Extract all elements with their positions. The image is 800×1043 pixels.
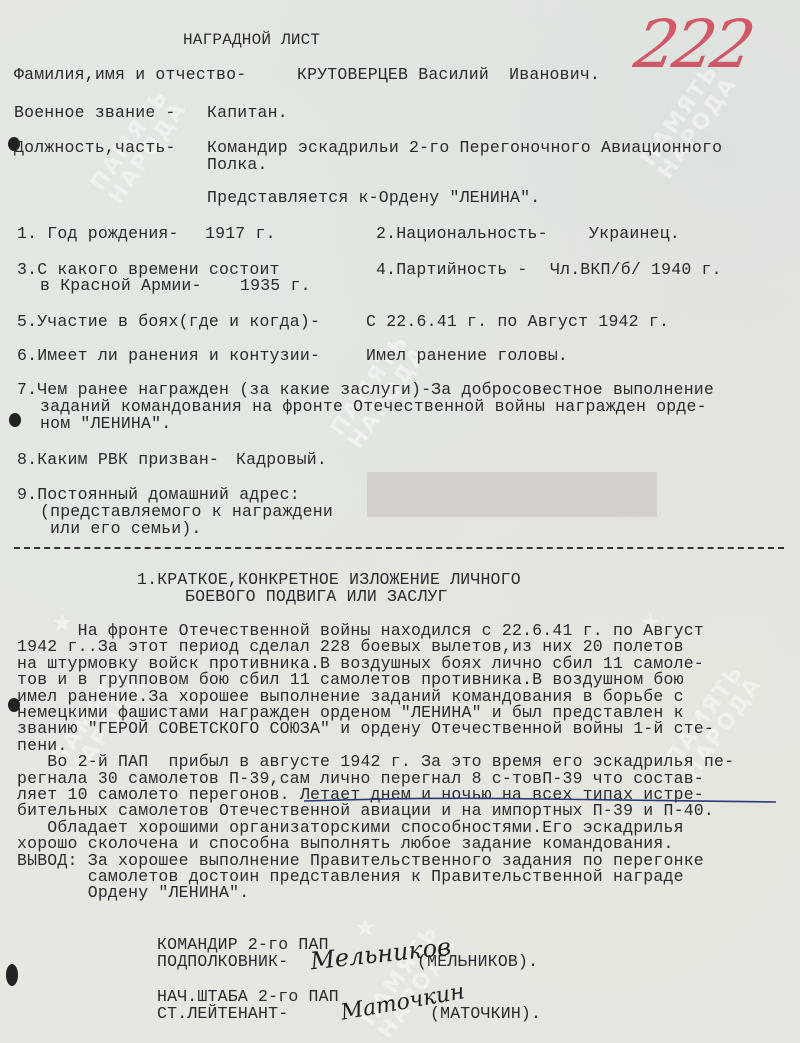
field-5-label: 5.Участие в боях(где и когда)-	[17, 313, 320, 330]
section-heading-line2: БОЕВОГО ПОДВИГА ИЛИ ЗАСЛУГ	[185, 588, 448, 605]
field-8-label: 8.Каким РВК призван-	[17, 451, 219, 468]
commander-rank: ПОДПОЛКОВНИК-	[157, 953, 288, 970]
section-body-line: хорошо сколочена и способна выполнять лю…	[17, 835, 674, 852]
field-3-label-line2: в Красной Армии-	[40, 277, 202, 294]
commander-name: (МЕЛЬНИКОВ).	[417, 953, 538, 970]
field-6-label: 6.Имеет ли ранения и контузии-	[17, 347, 320, 364]
redacted-address-block	[367, 472, 657, 517]
section-body-line: 1942 г..За этот период сделал 228 боевых…	[17, 638, 684, 655]
field-7-line3: ном "ЛЕНИНА".	[40, 415, 171, 432]
rank-value: Капитан.	[207, 104, 288, 121]
name-label: Фамилия,имя и отчество-	[14, 66, 246, 83]
chief-of-staff-name: (МАТОЧКИН).	[430, 1005, 541, 1022]
document-title: НАГРАДНОЙ ЛИСТ	[183, 32, 320, 49]
archive-number-stamp: 222	[629, 6, 757, 83]
field-2-value: Украинец.	[589, 225, 680, 242]
field-1-value: 1917 г.	[205, 225, 276, 242]
field-4-value: Чл.ВКП/б/ 1940 г.	[550, 261, 722, 278]
field-4-label: 4.Партийность -	[376, 261, 528, 278]
commander-title: КОМАНДИР 2-го ПАП	[157, 936, 329, 953]
field-1-label: 1. Год рождения-	[17, 225, 179, 242]
award-sheet-page: ★ ПАМЯТЬ НАРОДА ПАМЯТЬ НАРОДА ПАМЯТЬ НАР…	[0, 0, 800, 1043]
section-body-line: званию "ГЕРОЙ СОВЕТСКОГО СОЮЗА" и ордену…	[17, 720, 714, 737]
ink-underline	[302, 795, 778, 805]
chief-of-staff-title: НАЧ.ШТАБА 2-го ПАП	[157, 988, 339, 1005]
section-body-line: Во 2-й ПАП прибыл в августе 1942 г. За э…	[17, 753, 734, 770]
section-body-line: тов и в групповом бою сбил 11 самолетов …	[17, 671, 684, 688]
chief-of-staff-rank: СТ.ЛЕЙТЕНАНТ-	[157, 1005, 288, 1022]
punch-hole	[6, 964, 18, 986]
field-3-value: 1935 г.	[240, 277, 311, 294]
section-divider	[14, 547, 784, 549]
section-heading-line1: 1.КРАТКОЕ,КОНКРЕТНОЕ ИЗЛОЖЕНИЕ ЛИЧНОГО	[137, 571, 521, 588]
field-9-line2: (представляемого к награждени	[40, 503, 333, 520]
position-value-line2: Полка.	[207, 156, 268, 173]
position-label: Должность,часть-	[14, 139, 176, 156]
section-body-line: Ордену "ЛЕНИНА".	[17, 884, 249, 901]
field-6-value: Имел ранение головы.	[366, 347, 568, 364]
field-9-line3: или его семьи).	[50, 520, 202, 537]
punch-hole	[9, 413, 21, 427]
field-9-line1: 9.Постоянный домашний адрес:	[17, 486, 300, 503]
field-5-value: С 22.6.41 г. по Август 1942 г.	[366, 313, 669, 330]
rank-label: Военное звание -	[14, 104, 176, 121]
field-8-value: Кадровый.	[236, 451, 327, 468]
field-2-label: 2.Национальность-	[376, 225, 548, 242]
award-presented-for: Представляется к-Ордену "ЛЕНИНА".	[207, 189, 540, 206]
position-value-line1: Командир эскадрильи 2-го Перегоночного А…	[207, 139, 722, 156]
name-value: КРУТОВЕРЦЕВ Василий Иванович.	[297, 66, 600, 83]
field-7-line2: заданий командования на фронте Отечестве…	[40, 398, 707, 415]
field-7-line1: 7.Чем ранее награжден (за какие заслуги)…	[17, 381, 714, 398]
